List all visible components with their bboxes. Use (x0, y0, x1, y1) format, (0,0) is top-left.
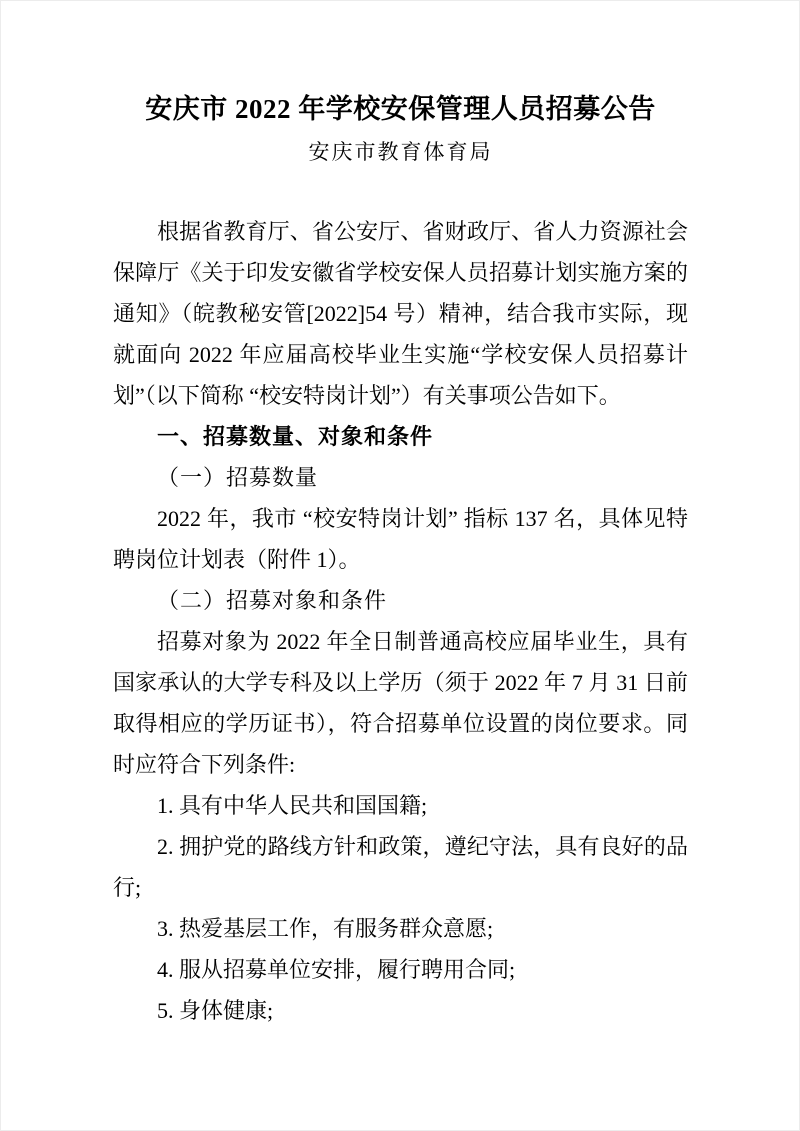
intro-paragraph: 根据省教育厅、省公安厅、省财政厅、省人力资源社会保障厅《关于印发安徽省学校安保人… (113, 211, 688, 416)
document-page: 安庆市 2022 年学校安保管理人员招募公告 安庆市教育体育局 根据省教育厅、省… (0, 0, 800, 1131)
condition-item-3: 3. 热爱基层工作，有服务群众意愿; (113, 908, 688, 949)
subsection-2-heading: （二）招募对象和条件 (113, 580, 688, 621)
condition-item-4: 4. 服从招募单位安排，履行聘用合同; (113, 949, 688, 990)
section-1-heading: 一、招募数量、对象和条件 (113, 416, 688, 457)
condition-item-5: 5. 身体健康; (113, 990, 688, 1031)
subsection-2-body: 招募对象为 2022 年全日制普通高校应届毕业生，具有国家承认的大学专科及以上学… (113, 621, 688, 785)
condition-item-2: 2. 拥护党的路线方针和政策，遵纪守法，具有良好的品行; (113, 826, 688, 908)
subsection-1-body: 2022 年，我市 “校安特岗计划” 指标 137 名，具体见特聘岗位计划表（附… (113, 498, 688, 580)
subsection-1-heading: （一）招募数量 (113, 457, 688, 498)
document-title: 安庆市 2022 年学校安保管理人员招募公告 (113, 91, 688, 127)
condition-item-1: 1. 具有中华人民共和国国籍; (113, 785, 688, 826)
document-issuer: 安庆市教育体育局 (113, 137, 688, 167)
